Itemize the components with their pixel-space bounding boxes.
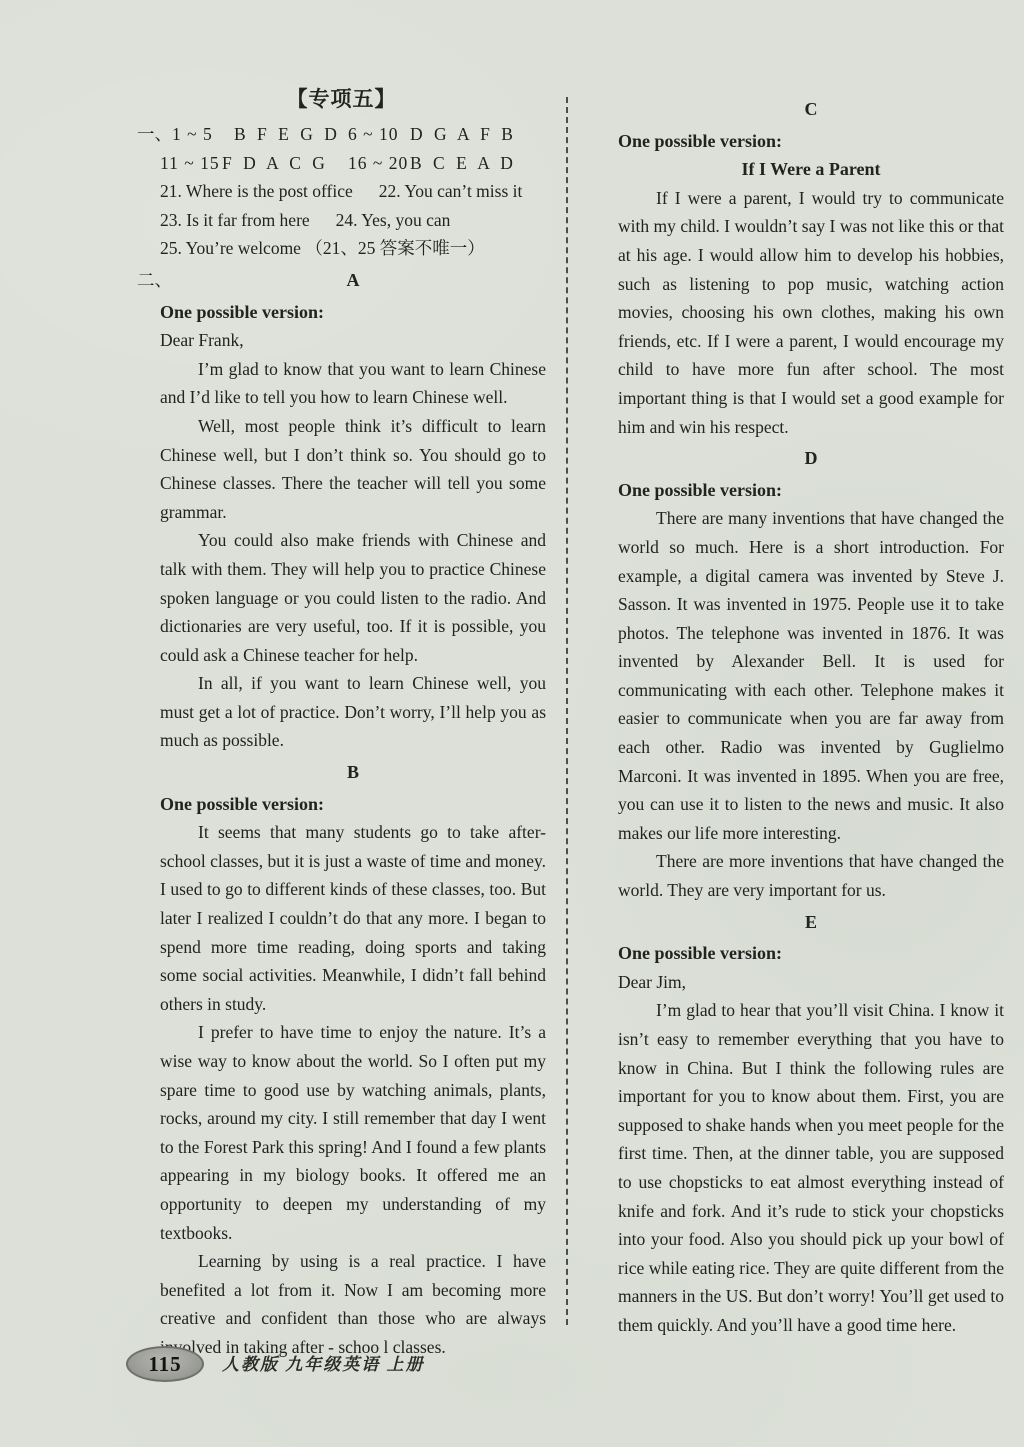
answer-row: 11 ~ 15F D A C G 16 ~ 20B C E A D bbox=[160, 149, 546, 178]
paragraph: If I were a parent, I would try to commu… bbox=[618, 184, 1004, 441]
answer-item: 21. Where is the post office bbox=[160, 177, 353, 206]
paragraph: There are more inventions that have chan… bbox=[618, 847, 1004, 904]
answer-letters: F D A C G bbox=[222, 153, 328, 173]
essay-b: B One possible version: It seems that ma… bbox=[160, 758, 546, 1361]
paragraph: I’m glad to hear that you’ll visit China… bbox=[618, 996, 1004, 1339]
answer-range: 16 ~ 20 bbox=[348, 149, 410, 178]
answer-item-row: 23. Is it far from here 24. Yes, you can bbox=[160, 206, 546, 235]
paragraph: You could also make friends with Chinese… bbox=[160, 526, 546, 669]
left-column: 【专项五】 一、1 ~ 5B F E G D 6 ~ 10D G A F B 1… bbox=[160, 82, 546, 1362]
salutation: Dear Jim, bbox=[618, 968, 1004, 997]
version-label: One possible version: bbox=[160, 790, 546, 819]
answer-range: 1 ~ 5 bbox=[172, 120, 234, 149]
essay-label: B bbox=[160, 758, 546, 787]
answer-range: 11 ~ 15 bbox=[160, 149, 222, 178]
essay-e: E One possible version: Dear Jim, I’m gl… bbox=[618, 908, 1004, 1340]
answer-row: 一、1 ~ 5B F E G D 6 ~ 10D G A F B bbox=[137, 120, 546, 149]
exercise-two-marker: 二、 bbox=[137, 266, 172, 295]
version-label: One possible version: bbox=[160, 298, 546, 327]
answer-item: 24. Yes, you can bbox=[336, 206, 451, 235]
right-column: C One possible version: If I Were a Pare… bbox=[618, 92, 1004, 1340]
essay-title: If I Were a Parent bbox=[618, 155, 1004, 184]
section-header: 【专项五】 bbox=[137, 82, 546, 116]
essay-a-heading: 二、 A bbox=[160, 266, 546, 295]
essay-a: 二、 A One possible version: Dear Frank, I… bbox=[160, 266, 546, 755]
column-divider bbox=[566, 97, 568, 1325]
essay-d: D One possible version: There are many i… bbox=[618, 444, 1004, 905]
paragraph: I prefer to have time to enjoy the natur… bbox=[160, 1018, 546, 1247]
answer-item: 23. Is it far from here bbox=[160, 206, 310, 235]
answer-letters: B F E G D bbox=[234, 124, 340, 144]
answer-letters: B C E A D bbox=[410, 153, 516, 173]
answer-item: 25. You’re welcome （21、25 答案不唯一） bbox=[160, 234, 485, 263]
essay-label: D bbox=[618, 444, 1004, 473]
answer-item-row: 25. You’re welcome （21、25 答案不唯一） bbox=[160, 234, 546, 263]
essay-label: E bbox=[618, 908, 1004, 937]
exercise-one-marker: 一、 bbox=[137, 124, 172, 144]
salutation: Dear Frank, bbox=[160, 326, 546, 355]
page-number-badge: 115 bbox=[126, 1346, 204, 1382]
version-label: One possible version: bbox=[618, 476, 1004, 505]
essay-label: A bbox=[347, 270, 360, 290]
essay-c: C One possible version: If I Were a Pare… bbox=[618, 95, 1004, 441]
version-label: One possible version: bbox=[618, 127, 1004, 156]
paragraph: Well, most people think it’s difficult t… bbox=[160, 412, 546, 526]
page-footer: 115 人教版 九年级英语 上册 bbox=[0, 1340, 1024, 1400]
paragraph: I’m glad to know that you want to learn … bbox=[160, 355, 546, 412]
exercise-one-answers: 一、1 ~ 5B F E G D 6 ~ 10D G A F B 11 ~ 15… bbox=[160, 120, 546, 263]
answer-item-row: 21. Where is the post office 22. You can… bbox=[160, 177, 546, 206]
paragraph: In all, if you want to learn Chinese wel… bbox=[160, 669, 546, 755]
answer-range: 6 ~ 10 bbox=[348, 120, 410, 149]
book-title: 人教版 九年级英语 上册 bbox=[222, 1350, 425, 1375]
paragraph: It seems that many students go to take a… bbox=[160, 818, 546, 1018]
paragraph: There are many inventions that have chan… bbox=[618, 504, 1004, 847]
answer-item: 22. You can’t miss it bbox=[379, 177, 523, 206]
version-label: One possible version: bbox=[618, 939, 1004, 968]
answer-letters: D G A F B bbox=[410, 124, 516, 144]
essay-label: C bbox=[618, 95, 1004, 124]
page-number: 115 bbox=[148, 1352, 181, 1376]
textbook-page: 【专项五】 一、1 ~ 5B F E G D 6 ~ 10D G A F B 1… bbox=[0, 0, 1024, 1447]
